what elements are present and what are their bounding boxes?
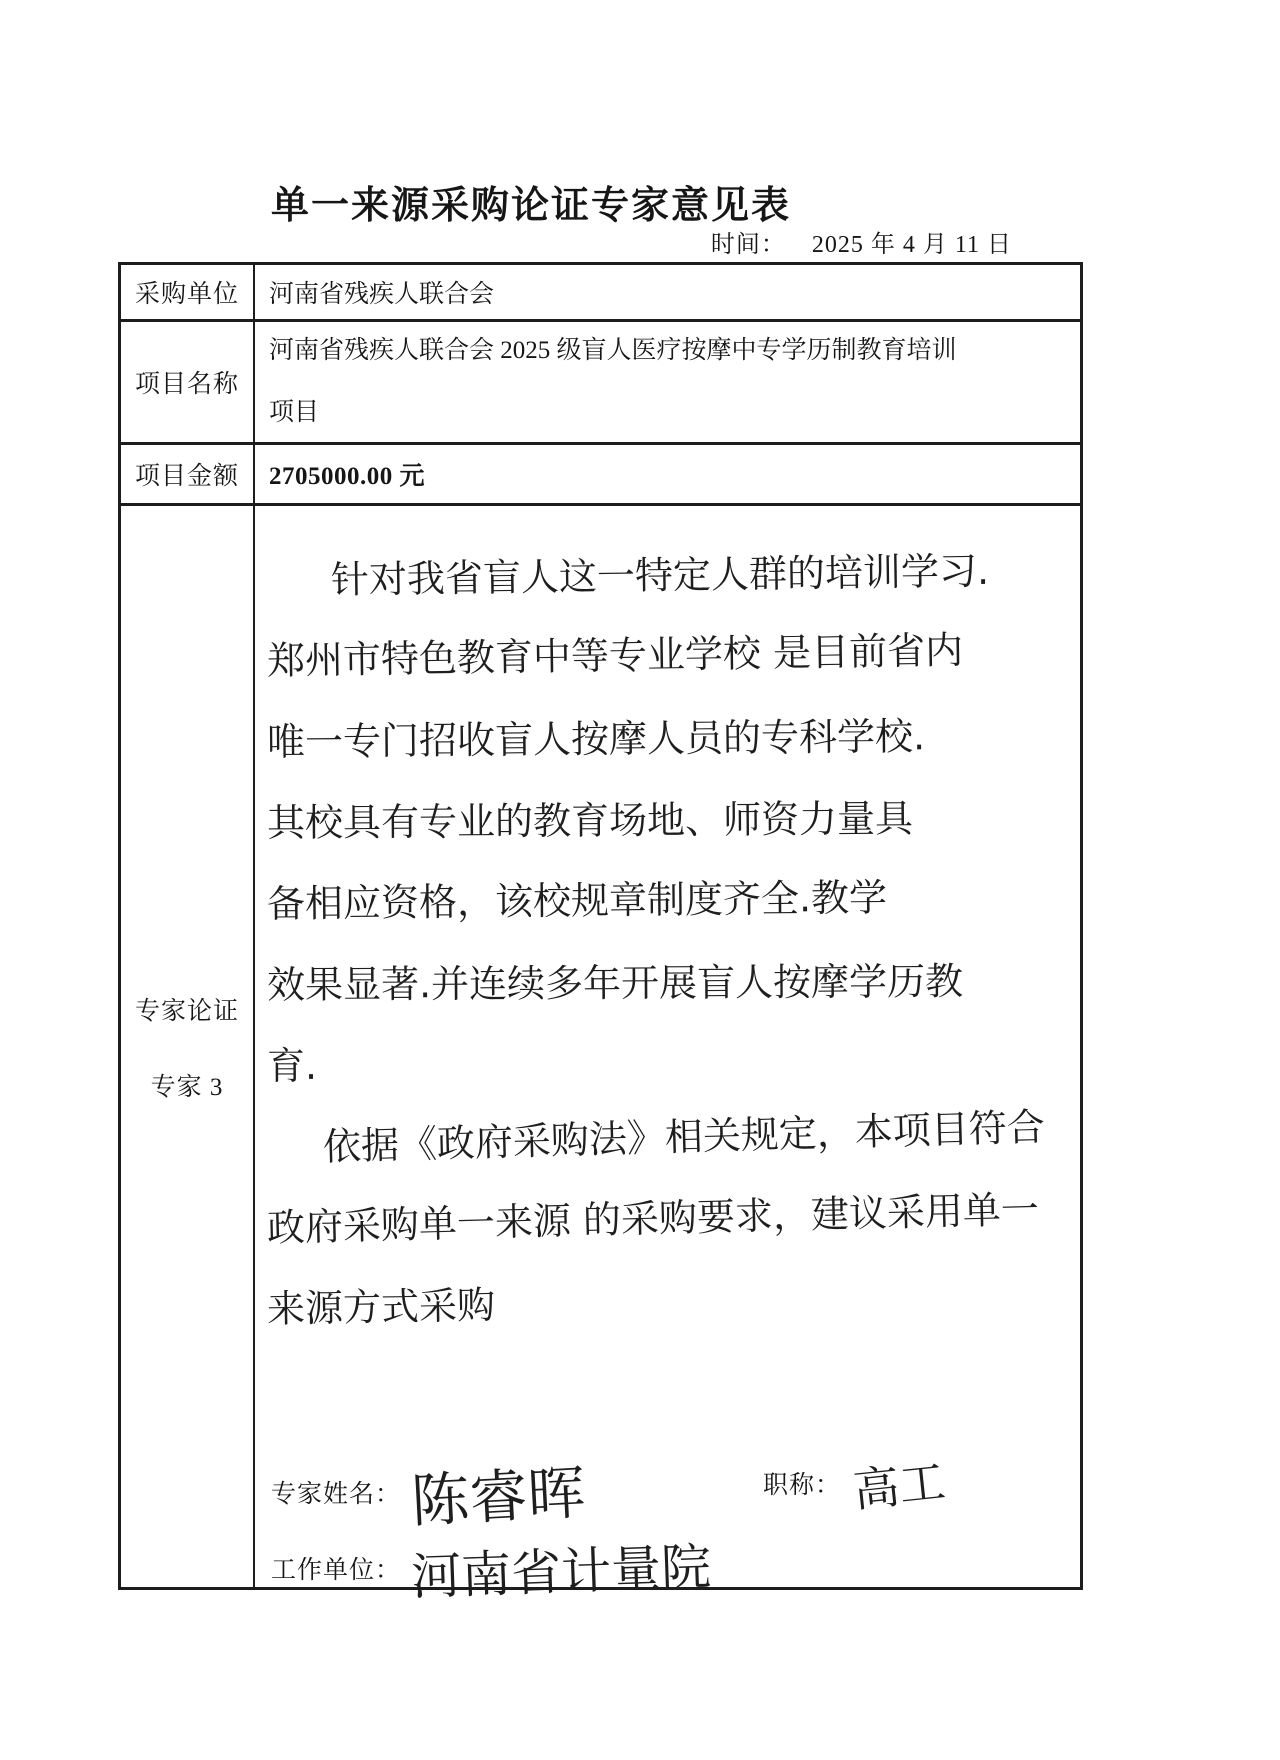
- date-label: 时间：: [711, 232, 786, 258]
- table-row-expert-opinion: 专家论证 专家 3 针对我省盲人这一特定人群的培训学习. 郑州市特色教育中等专业…: [121, 506, 1080, 1587]
- page-title: 单一来源采购论证专家意见表: [0, 174, 1062, 229]
- project-name-value: 河南省残疾人联合会 2025 级盲人医疗按摩中专学历制教育培训 项目: [255, 322, 1080, 442]
- scanned-document-page: 单一来源采购论证专家意见表 时间：2025 年 4 月 11 日 采购单位 河南…: [0, 0, 1280, 1760]
- expert-org-row: 工作单位： 河南省计量院: [271, 1532, 711, 1604]
- opinion-line: 来源方式采购: [266, 1255, 1076, 1350]
- expert-title-row: 职称： 高工: [763, 1450, 945, 1516]
- table-row-project-amount: 项目金额 2705000.00 元: [121, 445, 1080, 506]
- expert-name-signature: 陈睿晖: [409, 1446, 587, 1539]
- expert-org-value: 河南省计量院: [410, 1527, 712, 1609]
- opinion-line: 唯一专门招收盲人按摩人员的专科学校.: [267, 695, 1077, 783]
- expert-row-label: 专家论证 专家 3: [121, 506, 255, 1587]
- purchase-unit-value: 河南省残疾人联合会: [255, 265, 1080, 319]
- project-amount-value: 2705000.00 元: [255, 445, 1080, 503]
- opinion-line: 其校具有专业的教育场地、师资力量具: [267, 777, 1077, 864]
- handwritten-opinion: 针对我省盲人这一特定人群的培训学习. 郑州市特色教育中等专业学校 是目前省内 唯…: [267, 540, 1076, 1350]
- opinion-form-table: 采购单位 河南省残疾人联合会 项目名称 河南省残疾人联合会 2025 级盲人医疗…: [118, 262, 1083, 1590]
- table-row-project-name: 项目名称 河南省残疾人联合会 2025 级盲人医疗按摩中专学历制教育培训 项目: [121, 322, 1080, 445]
- purchase-unit-label: 采购单位: [121, 265, 255, 319]
- table-row-purchase-unit: 采购单位 河南省残疾人联合会: [121, 265, 1080, 322]
- opinion-line: 针对我省盲人这一特定人群的培训学习.: [330, 530, 1076, 621]
- expert-title-label: 职称：: [763, 1465, 841, 1501]
- expert-opinion-cell: 针对我省盲人这一特定人群的培训学习. 郑州市特色教育中等专业学校 是目前省内 唯…: [255, 506, 1080, 1587]
- opinion-line: 效果显著.并连续多年开展盲人按摩学历教: [267, 941, 1076, 1026]
- project-name-line: 河南省残疾人联合会 2025 级盲人医疗按摩中专学历制教育培训: [269, 320, 1080, 382]
- expert-label-line1: 专家论证: [135, 991, 239, 1027]
- expert-name-label: 专家姓名：: [271, 1474, 401, 1510]
- project-amount-label: 项目金额: [121, 445, 255, 503]
- project-name-line: 项目: [269, 382, 1080, 444]
- expert-org-label: 工作单位：: [271, 1550, 401, 1586]
- opinion-line: 备相应资格，该校规章制度齐全.教学: [267, 856, 1077, 945]
- expert-name-row: 专家姓名： 陈睿晖: [271, 1450, 585, 1534]
- date-line: 时间：2025 年 4 月 11 日: [711, 224, 1012, 259]
- expert-label-line2: 专家 3: [151, 1067, 224, 1103]
- project-name-label: 项目名称: [121, 322, 255, 442]
- expert-title-value: 高工: [850, 1445, 948, 1520]
- opinion-line: 郑州市特色教育中等专业学校 是目前省内: [266, 608, 1076, 702]
- date-value: 2025 年 4 月 11 日: [812, 232, 1012, 258]
